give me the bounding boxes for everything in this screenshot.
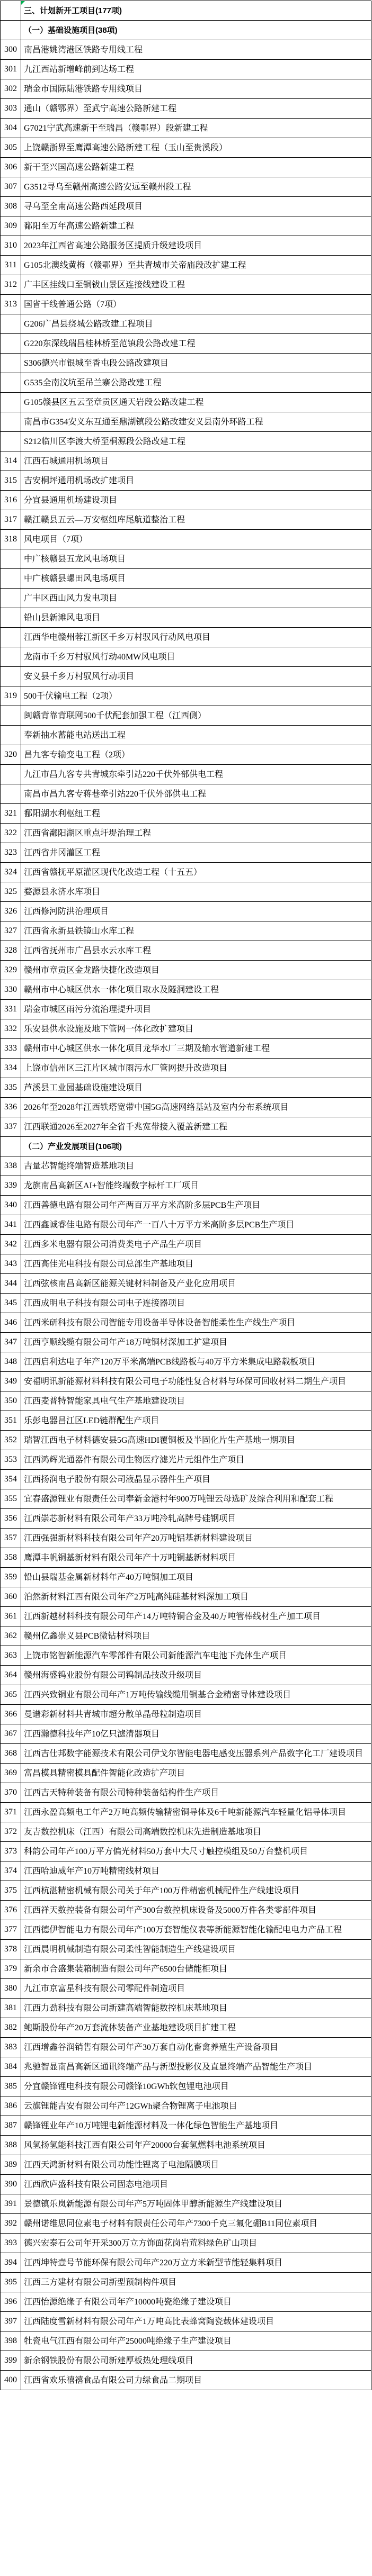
table-row: 322江西省鄱阳湖区重点圩堤治理工程 [1,824,371,843]
row-number-cell[interactable]: 324 [1,863,21,882]
row-number-cell[interactable]: 375 [1,1881,21,1901]
project-name-cell[interactable]: 龙南市千乡万村驭风行动40MW风电项目 [21,647,371,667]
row-number-cell[interactable] [1,784,21,804]
project-name-cell[interactable]: 新余市合盛集装箱制造有限公司年产6500台储能柜项目 [21,1959,371,1979]
row-text: 曼谱彩新材料共青城市超分散单晶母粒制造项目 [24,1710,202,1719]
project-name-cell[interactable]: 鲍斯股份年产20万套流体装备产业基地建设项目扩建工程 [21,2018,371,2038]
project-name-cell[interactable]: 江西石城通用机场项目 [21,451,371,471]
project-name-cell[interactable]: 吉安桐坪通用机场改扩建项目 [21,471,371,491]
project-name-cell[interactable]: 赣州诺维思同位素电子材料有限责任公司年产7300千克三氟化硼B11同位素项目 [21,2214,371,2234]
row-number-cell[interactable] [1,1137,21,1156]
row-number-cell[interactable]: 336 [1,1098,21,1117]
project-name-cell[interactable]: 风电项目（7项） [21,530,371,549]
row-text: 江西成明电子科技有限公司电子连接器项目 [24,1299,185,1308]
row-text: 赣州市中心城区供水一体化项目取水及隧洞建设工程 [24,986,219,995]
row-number-cell[interactable]: 362 [1,1626,21,1646]
row-number-cell[interactable]: 332 [1,1019,21,1039]
project-name-cell[interactable]: 江西善德电路有限公司年产两百万平方米高阶多层PCB生产项目 [21,1196,371,1215]
project-name-cell[interactable]: 江西晨明机械制造有限公司柔性智能制造生产线建设项目 [21,1940,371,1959]
table-row: S212临川区李渡大桥至桐源段公路改建工程 [1,432,371,451]
project-name-cell[interactable]: 江西省赣抚平原灌区现代化改造工程（十五五） [21,863,371,882]
project-name-cell[interactable]: 婺源县永济水库项目 [21,882,371,902]
row-number-cell[interactable]: 311 [1,256,21,275]
row-text: 江西力劲科技有限公司新建高端智能数控机床基地项目 [24,2004,227,2013]
row-number-cell[interactable]: 346 [1,1313,21,1333]
row-number-cell[interactable] [1,1,21,21]
table-row: 387赣锋锂业年产10万吨锂电新能源材料及一体化绿色智能生产基地项目 [1,2116,371,2136]
project-name-cell[interactable]: 江西坤特壹号节能环保有限公司年产220万立方米新型节能轻集料项目 [21,2253,371,2273]
row-text: 乐彭电器昌江区LED链群配生产项目 [24,1416,159,1425]
row-text: 江西瀚德科技年产10亿只滤清器项目 [24,1730,160,1739]
project-name-cell[interactable]: 江西多米电器有限公司消费类电子产品生产项目 [21,1235,371,1254]
row-number-cell[interactable] [1,706,21,726]
row-number-cell[interactable] [1,549,21,569]
project-name-cell[interactable]: 南昌港姚湾港区铁路专用线工程 [21,40,371,60]
row-number-cell[interactable]: 338 [1,1156,21,1176]
row-number-cell[interactable]: 302 [1,79,21,99]
project-name-cell[interactable]: 上饶市铭智新能源汽车零部件有限公司新能源汽车电池下壳体生产项目 [21,1646,371,1666]
row-number-cell[interactable]: 303 [1,99,21,119]
row-text: 新余市合盛集装箱制造有限公司年产6500台储能柜项目 [24,1965,227,1974]
table-row: 江西华电赣州蓉江新区千乡万村驭风行动风电项目 [1,628,371,647]
row-number-cell[interactable]: 328 [1,941,21,961]
row-number-cell[interactable]: 300 [1,40,21,60]
project-name-cell[interactable]: 龙旗南昌高新区AI+智能终端数字标杆工厂项目 [21,1176,371,1196]
row-number-cell[interactable]: 385 [1,2077,21,2096]
subsection-title-cell[interactable]: （一）基础设施项目(38项) [21,21,371,40]
project-name-cell[interactable]: 上饶市信州区三江片区城市雨污水厂管网提升改造项目 [21,1059,371,1078]
row-number-cell[interactable]: 334 [1,1059,21,1078]
row-number-cell[interactable]: 318 [1,530,21,549]
row-number-cell[interactable]: 340 [1,1196,21,1215]
project-name-cell[interactable]: 赣州市章贡区金龙路快捷化改造项目 [21,961,371,980]
project-name-cell[interactable]: 九江市京富星科技有限公司零配件制造项目 [21,1979,371,1999]
row-number-cell[interactable]: 374 [1,1861,21,1881]
project-name-cell[interactable]: 九江西站新增峰前到达场工程 [21,60,371,79]
project-name-cell[interactable]: 江西新越材料科技有限公司年产14万吨特铜合金及40万吨管棒线材生产加工项目 [21,1607,371,1626]
row-number-cell[interactable]: 341 [1,1215,21,1235]
project-name-cell[interactable]: 2026年至2028年江西铁塔宽带中国5G高速网络基站及室内分布系统项目 [21,1098,371,1117]
row-number-cell[interactable]: 349 [1,1372,21,1391]
project-name-cell[interactable]: 广丰区挂线口至铜钹山景区连接线建设工程 [21,275,371,295]
project-name-cell[interactable]: 赣锋锂业年产10万吨锂电新能源材料及一体化绿色智能生产基地项目 [21,2116,371,2136]
table-row: 382鲍斯股份年产20万套流体装备产业基地建设项目扩建工程 [1,2018,371,2038]
row-number-cell[interactable]: 366 [1,1705,21,1724]
row-number-cell[interactable]: 352 [1,1431,21,1450]
table-row: 400江西省欢乐禧禧食品有限公司力绿食品二期项目 [1,2371,371,2390]
project-name-cell[interactable]: 寻乌至全南高速公路西延段项目 [21,197,371,216]
row-number-cell[interactable]: 364 [1,1666,21,1685]
project-name-cell[interactable]: 赣州亿鑫崇义县PCB微钻材料项目 [21,1626,371,1646]
row-number-cell[interactable]: 342 [1,1235,21,1254]
project-name-cell[interactable]: 赣江赣县五云—万安枢纽库尾航道整治工程 [21,510,371,530]
row-number-cell[interactable] [1,21,21,40]
row-number-cell[interactable] [1,412,21,432]
table-row: 341江西鑫诚睿佳电路有限公司年产一百八十万平方米高阶多层PCB生产项目 [1,1215,371,1235]
project-name-cell[interactable]: 乐彭电器昌江区LED链群配生产项目 [21,1411,371,1431]
row-number-cell[interactable] [1,765,21,784]
table-row: 388风氢扬氢能科技江西有限公司年产20000台套氢燃料电池系统项目 [1,2136,371,2155]
project-name-cell[interactable]: 江西启利达电子年产120万平米高端PCB线路板与40万平方米集成电路载板项目 [21,1352,371,1372]
project-name-cell[interactable]: 通山（赣鄂界）至武宁高速公路新建工程 [21,99,371,119]
project-name-cell[interactable]: 奉新抽水蓄能电站送出工程 [21,726,371,745]
project-name-cell[interactable]: 瑞金市国际陆港铁路专用线项目 [21,79,371,99]
row-number-cell[interactable]: 399 [1,2351,21,2371]
row-number-cell[interactable] [1,354,21,373]
project-name-cell[interactable]: 江西华电赣州蓉江新区千乡万村驭风行动风电项目 [21,628,371,647]
table-row: 365江西兴致铜业有限公司年产1万吨传输线缆用铜基合金精密导体建设项目 [1,1685,371,1705]
project-name-cell[interactable]: 江西高佳光电科技有限公司总部生产基地项目 [21,1254,371,1274]
project-name-cell[interactable]: 江西兴致铜业有限公司年产1万吨传输线缆用铜基合金精密导体建设项目 [21,1685,371,1705]
project-name-cell[interactable]: 泊然新材料江西有限公司年产2万吨高纯硅基材料深加工项目 [21,1587,371,1607]
row-number-cell[interactable]: 323 [1,843,21,863]
row-number-cell[interactable]: 347 [1,1333,21,1352]
project-name-cell[interactable]: 宜春盛源锂业有限责任公司奉新金港村年900万吨锂云母选矿及综合利用和配套工程 [21,1489,371,1509]
row-number-cell[interactable]: 315 [1,471,21,491]
subsection-title-cell[interactable]: （二）产业发展项目(106项) [21,1137,371,1156]
row-number-cell[interactable]: 380 [1,1979,21,1999]
row-number-cell[interactable]: 314 [1,451,21,471]
row-number-cell[interactable]: 358 [1,1548,21,1568]
project-name-cell[interactable]: 江西鑫诚睿佳电路有限公司年产一百八十万平方米高阶多层PCB生产项目 [21,1215,371,1235]
project-name-cell[interactable]: 江西省井冈灌区工程 [21,843,371,863]
table-row: 357江西强强新材料科技有限公司年产20万吨铝基新材料建设项目 [1,1529,371,1548]
row-number-cell[interactable] [1,667,21,686]
project-name-cell[interactable]: 江西怡源绝缘子有限公司年产10000吨瓷绝缘子建设项目 [21,2292,371,2312]
row-number-cell[interactable]: 312 [1,275,21,295]
project-name-cell[interactable]: 江西省永新县铁镜山水库工程 [21,921,371,941]
row-text: 江西哈迪威年产10万吨精密线材项目 [24,1867,160,1876]
row-text: S212临川区李渡大桥至桐源段公路改建工程 [24,437,185,446]
row-text: 江西麦普特智能家具电气生产基地建设项目 [24,1397,185,1406]
row-number-cell[interactable]: 351 [1,1411,21,1431]
project-name-cell[interactable]: 江西吉仕邦数字能源技术有限公司伊戈尔智能电器电感变压器系列产品数字化工厂建设项目 [21,1744,371,1764]
row-number-cell[interactable]: 333 [1,1039,21,1059]
row-text: 铅山县新滩风电项目 [24,613,100,622]
row-number-cell[interactable]: 316 [1,491,21,510]
project-name-cell[interactable]: 南昌市G354安义东互通至鼎湖镇段公路改建安义县南外环路工程 [21,412,371,432]
row-text: 泊然新材料江西有限公司年产2万吨高纯硅基材料深加工项目 [24,1593,249,1602]
row-text: 江西省鄱阳湖区重点圩堤治理工程 [24,829,151,838]
row-number-cell[interactable]: 331 [1,1000,21,1019]
project-name-cell[interactable]: 江西欣庐盛科技有限公司固态电池项目 [21,2175,371,2194]
row-number-cell[interactable]: 344 [1,1274,21,1294]
project-name-cell[interactable]: 江西哈迪威年产10万吨精密线材项目 [21,1861,371,1881]
project-name-cell[interactable]: 赣州市中心城区供水一体化项目取水及隧洞建设工程 [21,980,371,1000]
project-name-cell[interactable]: G220东深线瑞昌桂林桥至范镇段公路改建工程 [21,334,371,354]
row-number-cell[interactable]: 395 [1,2273,21,2292]
row-number-cell[interactable]: 345 [1,1294,21,1313]
project-name-cell[interactable]: G206广昌县绕城公路改建工程项目 [21,314,371,334]
row-number-cell[interactable]: 350 [1,1391,21,1411]
row-number-cell[interactable]: 329 [1,961,21,980]
row-number-cell[interactable]: 392 [1,2214,21,2234]
row-text: 江西杭湛精密机械有限公司关于年产100万件精密机械配件生产线建设项目 [24,1886,299,1895]
row-number-cell[interactable]: 355 [1,1489,21,1509]
row-number-cell[interactable]: 360 [1,1587,21,1607]
project-name-cell[interactable]: 吉量芯智能终端智造基地项目 [21,1156,371,1176]
table-row: 363上饶市铭智新能源汽车零部件有限公司新能源汽车电池下壳体生产项目 [1,1646,371,1666]
row-text: 景德镇乐岚新能源有限公司年产5万吨固体甲醇新能源生产线建设项目 [24,2200,282,2209]
project-name-cell[interactable]: 安义县千乡万村驭风行动项目 [21,667,371,686]
row-number-cell[interactable]: 330 [1,980,21,1000]
table-row: 348江西启利达电子年产120万平米高端PCB线路板与40万平方米集成电路载板项… [1,1352,371,1372]
row-text: 江西省欢乐禧禧食品有限公司力绿食品二期项目 [24,2376,202,2385]
project-name-cell[interactable]: 友吉数控机床（江西）有限公司高端数控机床先进制造基地项目 [21,1822,371,1842]
project-name-cell[interactable]: 江西吉天特种装备有限公司特种装备结构件生产项目 [21,1783,371,1803]
project-name-cell[interactable]: 科韵公司年产100万平方偏光材料50万套中大尺寸触控模组及50万台整机项目 [21,1842,371,1861]
project-name-cell[interactable]: 江西瀚德科技年产10亿只滤清器项目 [21,1724,371,1744]
project-name-cell[interactable]: 昌九客专输变电工程（2项） [21,745,371,765]
row-number-cell[interactable]: 397 [1,2312,21,2331]
row-number-cell[interactable]: 319 [1,686,21,706]
row-number-cell[interactable] [1,647,21,667]
project-name-cell[interactable]: 江西杭湛精密机械有限公司关于年产100万件精密机械配件生产线建设项目 [21,1881,371,1901]
row-number-cell[interactable]: 353 [1,1450,21,1470]
row-number-cell[interactable]: 313 [1,295,21,314]
row-number-cell[interactable]: 337 [1,1117,21,1137]
row-text: 风电项目（7项） [24,535,87,544]
project-name-cell[interactable]: 新干至兴国高速公路新建工程 [21,158,371,177]
project-name-cell[interactable]: 鄱阳湖水利枢纽工程 [21,804,371,824]
section-title-cell[interactable]: 三、计划新开工项目(177项) [21,1,371,21]
project-name-cell[interactable]: 中广核赣县五龙风电场项目 [21,549,371,569]
table-row: 315吉安桐坪通用机场改扩建项目 [1,471,371,491]
project-name-cell[interactable]: 鹰潭丰帆铜基新材料有限公司年产十万吨铜基新材料项目 [21,1548,371,1568]
project-name-cell[interactable]: 江西省鄱阳湖区重点圩堤治理工程 [21,824,371,843]
row-number-cell[interactable]: 394 [1,2253,21,2273]
row-number-cell[interactable]: 389 [1,2155,21,2175]
project-name-cell[interactable]: 江西修河防洪治理项目 [21,902,371,921]
project-name-cell[interactable]: G535全南汶坑至吊兰寨公路改建工程 [21,373,371,393]
row-number-cell[interactable]: 378 [1,1940,21,1959]
table-row: 371江西永盈高频电工年产2万吨高频传输精密铜导体及6千吨新能源汽车轻量化铝导体… [1,1803,371,1822]
row-number-cell[interactable] [1,726,21,745]
row-number-cell[interactable]: 335 [1,1078,21,1098]
row-number-cell[interactable]: 317 [1,510,21,530]
row-number-cell[interactable] [1,589,21,608]
project-name-cell[interactable]: S212临川区李渡大桥至桐源段公路改建工程 [21,432,371,451]
row-number-cell[interactable]: 363 [1,1646,21,1666]
project-name-cell[interactable]: 江西亨顺线缆有限公司年产18万吨铜材深加工扩建项目 [21,1333,371,1352]
project-name-cell[interactable]: 江西省欢乐禧禧食品有限公司力绿食品二期项目 [21,2371,371,2390]
row-number-cell[interactable]: 325 [1,882,21,902]
project-name-cell[interactable]: 中广核赣县螺田风电场项目 [21,569,371,589]
row-number-cell[interactable]: 357 [1,1529,21,1548]
row-text: 江西高佳光电科技有限公司总部生产基地项目 [24,1260,193,1269]
row-number-cell[interactable]: 309 [1,216,21,236]
row-text: 江西省井冈灌区工程 [24,848,100,857]
row-number-cell[interactable]: 320 [1,745,21,765]
project-name-cell[interactable]: 安福明讯新能源材料科技有限公司电子功能性复合材料与环保可回收材料二期生产项目 [21,1372,371,1391]
project-name-cell[interactable]: 500千伏输电工程（2项） [21,686,371,706]
project-name-cell[interactable]: 江西力劲科技有限公司新建高端智能数控机床基地项目 [21,1999,371,2018]
table-row: 380九江市京富星科技有限公司零配件制造项目 [1,1979,371,1999]
row-number-cell[interactable] [1,314,21,334]
row-number-cell[interactable]: 391 [1,2194,21,2214]
row-number-cell[interactable]: 301 [1,60,21,79]
project-name-cell[interactable]: 2023年江西省高速公路服务区提质升级建设项目 [21,236,371,256]
project-name-cell[interactable]: 江西弦核南昌高新区能源关键材料制备及产业化应用项目 [21,1274,371,1294]
row-number-cell[interactable]: 383 [1,2038,21,2057]
row-text: 500千伏输电工程（2项） [24,692,117,701]
project-name-cell[interactable]: 江西永盈高频电工年产2万吨高频传输精密铜导体及6千吨新能源汽车轻量化铝导体项目 [21,1803,371,1822]
row-number-cell[interactable]: 398 [1,2331,21,2351]
row-number-cell[interactable]: 372 [1,1822,21,1842]
project-name-cell[interactable]: 景德镇乐岚新能源有限公司年产5万吨固体甲醇新能源生产线建设项目 [21,2194,371,2214]
table-row: 373科韵公司年产100万平方偏光材料50万套中大尺寸触控模组及50万台整机项目 [1,1842,371,1861]
row-number-cell[interactable]: 304 [1,119,21,138]
row-text: 国省干线普通公路（7项） [24,300,121,309]
project-name-cell[interactable]: 赣州市中心城区供水一体化项目龙华水厂三期及输水管道新建工程 [21,1039,371,1059]
row-number-cell[interactable]: 382 [1,2018,21,2038]
project-name-cell[interactable]: 江西增鑫谷润销售有限公司年产30万套自动化畜禽养殖生产设备项目 [21,2038,371,2057]
row-number-cell[interactable]: 327 [1,921,21,941]
project-name-cell[interactable]: G105北澳线黄梅（赣鄂界）至共青城市关帝庙段改扩建工程 [21,256,371,275]
project-name-cell[interactable]: 江西强强新材料科技有限公司年产20万吨铝基新材料建设项目 [21,1529,371,1548]
row-text: 赣州市章贡区金龙路快捷化改造项目 [24,966,160,975]
row-number-cell[interactable]: 379 [1,1959,21,1979]
row-number-cell[interactable]: 310 [1,236,21,256]
project-name-cell[interactable]: 江西德伊智能电力有限公司年产100万套智能仪表等新能源智能化输配电电力产品工程 [21,1920,371,1940]
project-name-cell[interactable]: 国省干线普通公路（7项） [21,295,371,314]
row-number-cell[interactable]: 343 [1,1254,21,1274]
row-number-cell[interactable]: 308 [1,197,21,216]
row-number-cell[interactable]: 369 [1,1764,21,1783]
project-name-cell[interactable]: 九江市昌九客专共青城东牵引站220千伏外部供电工程 [21,765,371,784]
row-number-cell[interactable]: 354 [1,1470,21,1489]
project-name-cell[interactable]: 江西米研科技有限公司智能专用设备半导体设备智能柔性生产线生产项目 [21,1313,371,1333]
project-name-cell[interactable]: 瑞金市城区雨污分流治理提升项目 [21,1000,371,1019]
row-text: 江西鸿辉光通器件有限公司生物医疗滤光片元组件生产项目 [24,1456,244,1465]
project-name-cell[interactable]: 风氢扬氢能科技江西有限公司年产20000台套氢燃料电池系统项目 [21,2136,371,2155]
project-name-cell[interactable]: 德兴宏泰石公司年开采300万立方饰面花岗岩荒料绿色矿山项目 [21,2234,371,2253]
row-number-cell[interactable]: 384 [1,2057,21,2077]
row-number-cell[interactable]: 356 [1,1509,21,1529]
table-row: 361江西新越材料科技有限公司年产14万吨特铜合金及40万吨管棒线材生产加工项目 [1,1607,371,1626]
table-row: S306德兴市银城至香屯段公路改建项目 [1,354,371,373]
project-name-cell[interactable]: 铅山县瑞基金属新材料年产40万吨铜加工项目 [21,1568,371,1587]
project-name-cell[interactable]: 江西鸿辉光通器件有限公司生物医疗滤光片元组件生产项目 [21,1450,371,1470]
row-number-cell[interactable]: 326 [1,902,21,921]
project-name-cell[interactable]: 江西三方建材有限公司新型预制构件项目 [21,2273,371,2292]
table-row: 334上饶市信州区三江片区城市雨污水厂管网提升改造项目 [1,1059,371,1078]
row-number-cell[interactable]: 387 [1,2116,21,2136]
project-name-cell[interactable]: G7021宁武高速新干至瑞昌（赣鄂界）段新建工程 [21,119,371,138]
row-number-cell[interactable]: 377 [1,1920,21,1940]
project-name-cell[interactable]: 江西麦普特智能家具电气生产基地建设项目 [21,1391,371,1411]
table-row: G220东深线瑞昌桂林桥至范镇段公路改建工程 [1,334,371,354]
row-number-cell[interactable]: 393 [1,2234,21,2253]
project-name-cell[interactable]: 曼谱彩新材料共青城市超分散单晶母粒制造项目 [21,1705,371,1724]
table-row: 372友吉数控机床（江西）有限公司高端数控机床先进制造基地项目 [1,1822,371,1842]
row-number-cell[interactable] [1,393,21,412]
project-name-cell[interactable]: 兆驰智显南昌高新区通讯终端产品与新型投影仪及直显终端产品智能生产项目 [21,2057,371,2077]
project-name-cell[interactable]: 云旗锂能吉安有限公司年产12GWh聚合物锂离子电池项目 [21,2096,371,2116]
project-name-cell[interactable]: 江西扬润电子股份有限公司液晶显示器件生产项目 [21,1470,371,1489]
row-number-cell[interactable]: 400 [1,2371,21,2390]
row-number-cell[interactable]: 306 [1,158,21,177]
row-number-cell[interactable]: 365 [1,1685,21,1705]
table-row: 335芦溪县工业园基础设施建设项目 [1,1078,371,1098]
row-number-cell[interactable]: 361 [1,1607,21,1626]
project-name-cell[interactable]: 上饶赣浙界至鹰潭高速公路新建工程（玉山至贵溪段） [21,138,371,158]
row-text: 龙南市千乡万村驭风行动40MW风电项目 [24,653,175,662]
row-number-cell[interactable]: 386 [1,2096,21,2116]
table-row: 305上饶赣浙界至鹰潭高速公路新建工程（玉山至贵溪段） [1,138,371,158]
project-name-cell[interactable]: 南昌市昌九客专蒋巷牵引站220千伏外部供电工程 [21,784,371,804]
project-name-cell[interactable]: 江西崇芯新材料有限公司年产33万吨冷轧高牌号硅钢项目 [21,1509,371,1529]
project-name-cell[interactable]: 广丰区西山风力发电项目 [21,589,371,608]
row-number-cell[interactable]: 388 [1,2136,21,2155]
project-name-cell[interactable]: G105赣县区五云至章贡区通天岩段公路改建工程 [21,393,371,412]
table-row: 329赣州市章贡区金龙路快捷化改造项目 [1,961,371,980]
row-number-cell[interactable]: 367 [1,1724,21,1744]
row-number-cell[interactable]: 322 [1,824,21,843]
row-number-cell[interactable]: 376 [1,1901,21,1920]
table-row: 397江西陆度雪新材料有限公司年产1万吨高比表蜂窝陶瓷载体建设项目 [1,2312,371,2331]
project-name-cell[interactable]: 芦溪县工业园基础设施建设项目 [21,1078,371,1098]
row-number-cell[interactable] [1,334,21,354]
project-name-cell[interactable]: 江西陆度雪新材料有限公司年产1万吨高比表蜂窝陶瓷载体建设项目 [21,2312,371,2331]
row-number-cell[interactable] [1,569,21,589]
project-name-cell[interactable]: 富昌模具精密模具配件智能化改造扩产项目 [21,1764,371,1783]
table-row: 347江西亨顺线缆有限公司年产18万吨铜材深加工扩建项目 [1,1333,371,1352]
project-name-cell[interactable]: 江西成明电子科技有限公司电子连接器项目 [21,1294,371,1313]
project-name-cell[interactable]: S306德兴市银城至香屯段公路改建项目 [21,354,371,373]
row-number-cell[interactable]: 305 [1,138,21,158]
project-name-cell[interactable]: 江西联通2026至2027年全省千兆宽带接入覆盖新建工程 [21,1117,371,1137]
row-number-cell[interactable]: 368 [1,1744,21,1764]
project-name-cell[interactable]: 牡瓷电气江西有限公司年产25000吨绝缘子生产建设项目 [21,2331,371,2351]
row-number-cell[interactable]: 373 [1,1842,21,1861]
project-name-cell[interactable]: 赣州海盛钨业股份有限公司钨制品技改升级项目 [21,1666,371,1685]
row-number-cell[interactable]: 321 [1,804,21,824]
row-number-cell[interactable] [1,432,21,451]
row-number-cell[interactable]: 348 [1,1352,21,1372]
row-text: 南昌市昌九客专蒋巷牵引站220千伏外部供电工程 [24,790,206,799]
project-name-cell[interactable]: 瑞智江西电子材料德安县5G高速HDI覆铜板及半固化片生产基地一期项目 [21,1431,371,1450]
table-row: 319500千伏输电工程（2项） [1,686,371,706]
row-number-cell[interactable]: 359 [1,1568,21,1587]
row-text: 江西晨明机械制造有限公司柔性智能制造生产线建设项目 [24,1945,236,1954]
row-number-cell[interactable] [1,628,21,647]
row-number-cell[interactable]: 339 [1,1176,21,1196]
row-number-cell[interactable] [1,608,21,628]
project-name-cell[interactable]: 乐安县供水设施及地下管网一体化改扩建项目 [21,1019,371,1039]
project-name-cell[interactable]: 江西祥天数控装备有限公司年产300台数控机床设备及5000万件各类零部件项目 [21,1901,371,1920]
row-number-cell[interactable]: 370 [1,1783,21,1803]
row-number-cell[interactable]: 390 [1,2175,21,2194]
project-name-cell[interactable]: 分宜县通用机场建设项目 [21,491,371,510]
project-name-cell[interactable]: 闽赣背靠背联网500千伏配套加强工程（江西侧） [21,706,371,726]
project-name-cell[interactable]: G3512寻乌至赣州高速公路安远至赣州段工程 [21,177,371,197]
project-name-cell[interactable]: 江西天鸿新材料有限公司功能性锂离子电池隔膜项目 [21,2155,371,2175]
row-number-cell[interactable]: 307 [1,177,21,197]
row-number-cell[interactable] [1,373,21,393]
table-row: 351乐彭电器昌江区LED链群配生产项目 [1,1411,371,1431]
table-row: 301九江西站新增峰前到达场工程 [1,60,371,79]
row-number-cell[interactable]: 396 [1,2292,21,2312]
project-name-cell[interactable]: 鄱阳至万年高速公路新建工程 [21,216,371,236]
project-name-cell[interactable]: 江西省抚州市广昌县水云水库工程 [21,941,371,961]
row-text: 江西华电赣州蓉江新区千乡万村驭风行动风电项目 [24,633,210,642]
row-number-cell[interactable]: 381 [1,1999,21,2018]
project-name-cell[interactable]: 新余钢铁股份有限公司新建厚板热处理线项目 [21,2351,371,2371]
row-number-cell[interactable]: 371 [1,1803,21,1822]
project-name-cell[interactable]: 分宜赣锋锂电科技有限公司赣锋10GWh软包锂电池项目 [21,2077,371,2096]
project-name-cell[interactable]: 铅山县新滩风电项目 [21,608,371,628]
